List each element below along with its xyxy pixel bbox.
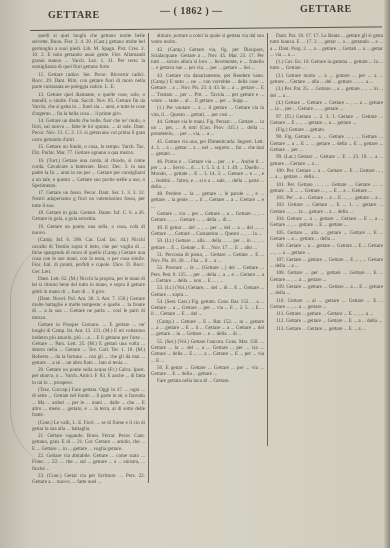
dictionary-entry: quelli si quei luoghi che gettano molte …	[32, 33, 145, 71]
dictionary-entry: 56. E gettar ... Gettare ... Gettare ...…	[151, 365, 264, 378]
dictionary-entry: 14. Gettare un dardo che bolle, fuor che…	[32, 118, 145, 143]
dictionary-entry: abitare, portare a colei la quale si get…	[151, 33, 264, 46]
dictionary-entry: 103. Gettare ... Gettare ... E ... 1. ..…	[270, 202, 383, 215]
dictionary-entry: 53. (Lt.) (Vol.) Gettare, ... del ... di…	[151, 285, 264, 298]
dictionary-entry: 100. Per. Gettare ... a ... Gettare ... …	[270, 168, 383, 181]
dictionary-entry: 20. Gettare un ponte sulla acqua (Fr.) C…	[32, 367, 145, 386]
dictionary-entry: 23. (Cont.) Gettar via per Scrittore. ..…	[32, 473, 145, 483]
dictionary-entry: 44. Gettare via le mani. Fig. Petrarc. .…	[151, 119, 264, 138]
dictionary-entry: 17. Gettare un fosso. Pecor. Dant. Ser. …	[32, 190, 145, 209]
dictionary-page: GETTARE — ( 1862 ) — GETTARE quelli si q…	[0, 0, 390, 548]
dictionary-entry: 108. Gettare ... per ... gettare ... Get…	[270, 270, 383, 283]
page-edge-shadow	[384, 0, 390, 548]
dictionary-entry: 107. Gettare ... gettare ... Gettare ...…	[270, 257, 383, 270]
dictionary-entry: 16. (Turt.) Gettare una corda, al chiodo…	[32, 158, 145, 189]
dictionary-entry: (3.) Per. Par. 25. ... Gettare ... a ...…	[270, 86, 383, 99]
dictionary-entry: 48. Perdere ... la ... gettare ... le pa…	[151, 191, 264, 210]
dictionary-entry: 50. (Lt.) Gettare ... alla ... della ...…	[151, 238, 264, 251]
column-3: Dant. Par. 18. 17. 17. La Beata ... gett…	[270, 33, 383, 438]
dictionary-entry: (Tesz. Coccap.) Fare gettata. Oggi in 47…	[32, 387, 145, 418]
column-divider	[148, 33, 149, 483]
dictionary-entry: (1.) Cav. En. 10. Gettare la gamma ... g…	[270, 59, 383, 72]
header-right-title: GETTARE	[300, 4, 352, 15]
dictionary-entry: 106. Gettare ... a ... gettare ... Getta…	[270, 243, 383, 256]
dictionary-entry: (Camp. Inf. 6. 206. Car. Cod. Iac. 44.) …	[32, 237, 145, 275]
dictionary-entry: Dant. Par. 18. 17. 17. La Beata ... gett…	[270, 33, 383, 58]
dictionary-entry: 101. Per. Gettare ... , ... Gettare ... …	[270, 182, 383, 195]
dictionary-entry: Fare gettata nella lava di ... Gettare.	[151, 378, 264, 384]
header-left-title: GETTARE	[48, 10, 100, 21]
page-number: — ( 1862 ) —	[160, 6, 223, 17]
column-1: quelli si quei luoghi che gettano molte …	[32, 33, 145, 483]
dictionary-entry: 111. Gettare ... gettare ... Gettare ...…	[270, 311, 383, 317]
column-divider	[267, 33, 268, 446]
dictionary-entry: 46. Primo e ... Gettare via ... per ... …	[151, 159, 264, 190]
dictionary-entry: (Dant. Novel. Pol. Ant. 30. 3. Ant. 7. 1…	[32, 296, 145, 321]
dictionary-entry: 102. Per ... a ... Gettare ... a ... E .…	[270, 195, 383, 201]
dictionary-entry: 110. Gettare ... al ... gettare ... Gett…	[270, 298, 383, 311]
dictionary-entry: (Cont.) Le valli, L. E. Fiori. ... se di…	[32, 420, 145, 433]
dictionary-entry: 55. (Ser.) (Vol.) Gettare l'ancora. Cons…	[151, 339, 264, 364]
dictionary-entry: 98. Fig. Gettare ... a ... Gettare ... ,…	[270, 134, 383, 153]
dictionary-entry: (Fig.) Gettare ... gettato.	[270, 127, 383, 133]
dictionary-entry: 18. Gettare in gola. Gettare. Dante. Inf…	[32, 210, 145, 223]
dictionary-entry: 49. E gettar ... del ... , ... per ... d…	[151, 225, 264, 238]
dictionary-entry: 52. Prestare ... le ... (Gettare ...) de…	[151, 265, 264, 284]
text-columns: quelli si quei luoghi che gettano molte …	[32, 33, 384, 543]
dictionary-entry: (2.) Gettare molto ... a ... gettare ...…	[270, 73, 383, 86]
dictionary-entry: 21. Gettare vagando. Buon. Ferrar. Pecor…	[32, 433, 145, 452]
dictionary-entry: 104. Gettare ... a ... gettare ... Getta…	[270, 216, 383, 229]
dictionary-entry: 109. Gettare ... gettare ... Gettare ...…	[270, 284, 383, 297]
dictionary-entry: Gettare in Prosper Cornaro. ... E gettar…	[32, 322, 145, 366]
dictionary-entry: 54. (Sest. Cast.) Fig. gettato. Cons. Ba…	[151, 299, 264, 318]
dictionary-entry: 45. Gettare via una, per Dimenticarla. S…	[151, 139, 264, 158]
dictionary-entry: 42. (Camp.) Gettare via, fig. per Dissip…	[151, 47, 264, 72]
dictionary-entry: 112. Gettare ... gettare ... Gettare ...…	[270, 318, 383, 324]
dictionary-entry: 43. Gettare via danariamente, per Render…	[151, 73, 264, 104]
dictionary-entry: 15. Gettare un fondo, o cosa, lo tempo. …	[32, 144, 145, 157]
dictionary-entry: Gettare ... via ... per ... Gettare ... …	[151, 211, 264, 224]
dictionary-entry: 51. Percossa di piena, ... Gettare ... G…	[151, 252, 264, 265]
dictionary-entry: 12. Gettare radice. Ser. Pecor. Rinverti…	[32, 72, 145, 91]
dictionary-entry: 19. Gettare un ponte, una sella, o cosa,…	[32, 224, 145, 237]
dictionary-entry: 99. (Lat.) Gettare ... Gettare ... E ...…	[270, 154, 383, 167]
header-rule	[30, 26, 382, 31]
dictionary-entry: (1.) Per vuotare ... a ... il gettare ..…	[151, 105, 264, 118]
column-2: abitare, portare a colei la quale si get…	[151, 33, 264, 446]
dictionary-entry: (Camp.) ... Gettare ... E ... Bar. 152. …	[151, 319, 264, 338]
dictionary-entry: 97. (Ti.) Gettare ... 2. 3. 1. Gettare .…	[270, 114, 383, 127]
dictionary-entry: 22. Gettare via abitabile. Gettare ... c…	[32, 453, 145, 472]
dictionary-entry: (4.) Gettare ... Gettare ... Gettare ...…	[270, 100, 383, 113]
dictionary-entry: 113. Gettare ... Gettare ... gettare ...…	[270, 326, 383, 332]
dictionary-entry: 13. Gettare quel diamante, o quelle cose…	[32, 92, 145, 117]
dictionary-entry: 105. Gettare ... alla ... gettare ... Ge…	[270, 230, 383, 243]
dictionary-entry: Dant. Lett. 62. (M.) Nicchi la propria, …	[32, 276, 145, 295]
